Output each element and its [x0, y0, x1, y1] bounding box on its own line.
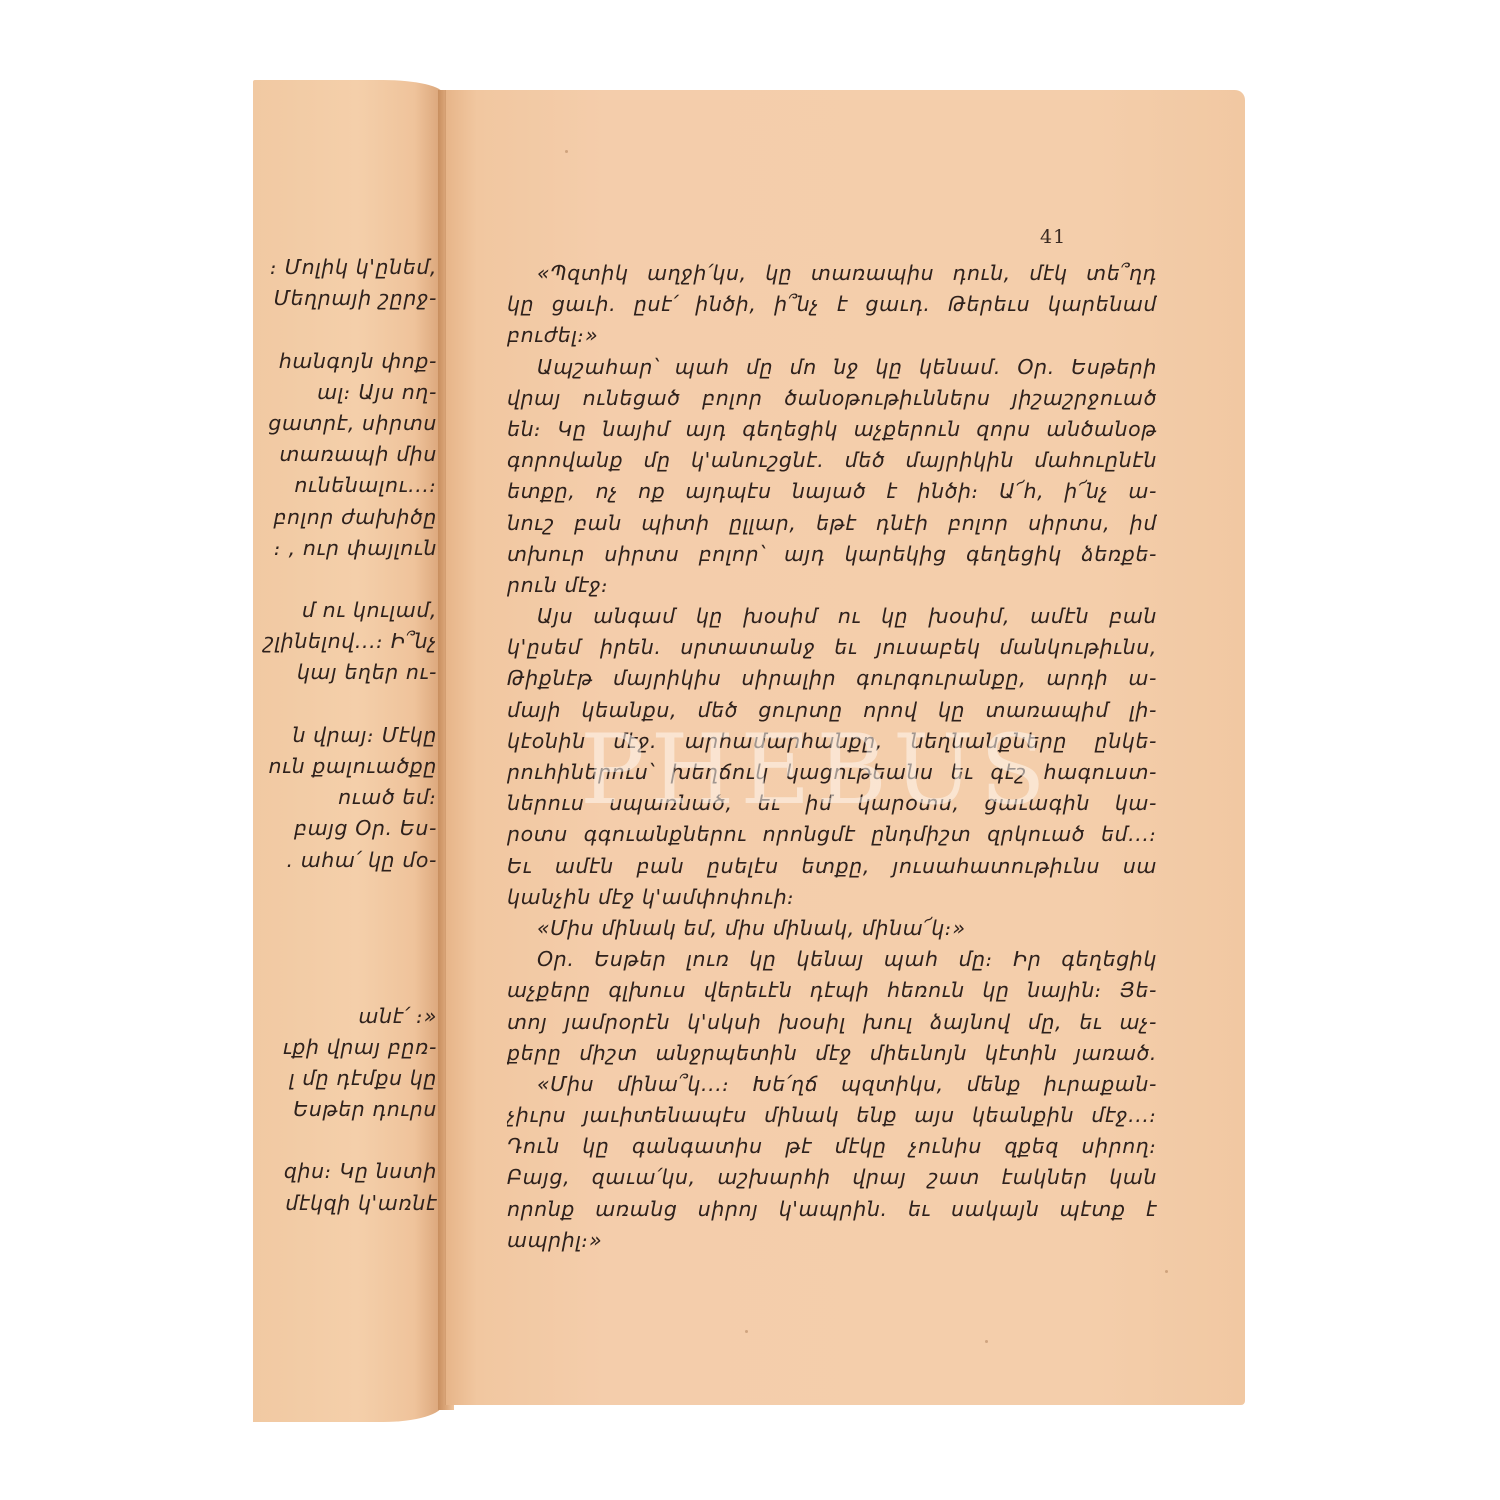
text-line: կ'ըսեմ իրեն. սրտատանջ եւ յուսաբեկ մանկու…: [507, 632, 1157, 663]
text-line: մ ու կուլամ,: [253, 595, 437, 626]
text-line: մայի կեանքս, մեծ ցուրտը որով կը տառապիմ …: [507, 695, 1157, 726]
blank-line: [253, 314, 437, 345]
text-line: լ մը դէմքս կը: [253, 1063, 437, 1094]
text-line: ։ , ուր փայլուն: [253, 533, 437, 564]
text-line: . ահա՛ կը մօ-: [253, 845, 437, 876]
text-line: ։ Մոլիկ կ'ընեմ,: [253, 252, 437, 283]
text-line: վրայ ունեցած բոլոր ծանօթութիւններս յիշաշ…: [507, 383, 1157, 414]
blank-line: [253, 969, 437, 1000]
text-line: կէօնին մէջ. արհամարհանքը, նեղնանքները ըն…: [507, 726, 1157, 757]
blank-line: [253, 1125, 437, 1156]
text-line: ապրիլ։»: [507, 1225, 1157, 1256]
blank-line: [253, 689, 437, 720]
text-line: Թիքնէթ մայրիկիս սիրալիր գուրգուրանքը, ար…: [507, 663, 1157, 694]
blank-line: [253, 876, 437, 907]
text-line: չիւրս յաւիտենապէս մինակ ենք այս կեանքին …: [507, 1100, 1157, 1131]
text-line: ունենալու...։: [253, 470, 437, 501]
text-line: անէ՛ ։»: [253, 1001, 437, 1032]
text-line: րուհիներուս՝ խեղճուկ կացութեանս եւ գէշ հ…: [507, 757, 1157, 788]
text-line: բոլոր ժախիծը: [253, 502, 437, 533]
text-line: Բայց, զաւա՛կս, աշխարհի վրայ շատ էակներ կ…: [507, 1162, 1157, 1193]
text-line: ցատրէ, սիրտս: [253, 408, 437, 439]
right-page-text: «Պզտիկ աղջի՛կս, կը տառապիս դուն, մէկ տե՞…: [507, 258, 1157, 1256]
text-line: կանչին մէջ կ'ամփոփուի։: [507, 882, 1157, 913]
text-line: ներուս սպառնած, եւ իմ կարօտս, ցաւագին կա…: [507, 788, 1157, 819]
text-line: գորովանք մը կ'անուշցնէ. մեծ մայրիկին մահ…: [507, 445, 1157, 476]
paragraph-start-line: «Միս մինա՞կ...։ Խե՛ղճ պզտիկս, մենք իւրաք…: [507, 1069, 1157, 1100]
paper-speck: [565, 150, 568, 153]
text-line: տառապի միս: [253, 439, 437, 470]
page-number: 41: [1040, 226, 1066, 248]
text-line: Դուն կը գանգատիս թէ մէկը չունիս զքեզ սիր…: [507, 1131, 1157, 1162]
text-line: Եւ ամէն բան ըսելէս ետքը, յուսահատութիւնս…: [507, 851, 1157, 882]
paper-speck: [985, 1340, 988, 1343]
paper-speck: [745, 1330, 748, 1333]
text-line: որոնք առանց սիրոյ կ'ապրին. եւ սակայն պէտ…: [507, 1194, 1157, 1225]
text-line: ետքը, ոչ ոք այդպէս նայած է ինծի։ Ա՜հ, ի՜…: [507, 476, 1157, 507]
paragraph-start-line: Օր. Եսթեր լուռ կը կենայ պահ մը։ Իր գեղեց…: [507, 944, 1157, 975]
blank-line: [253, 907, 437, 938]
text-line: աչքերը գլխուս վերեւէն դէպի հեռուն կը նայ…: [507, 975, 1157, 1006]
text-line: կայ եղեր ու-: [253, 657, 437, 688]
text-line: են։ Կը նայիմ այդ գեղեցիկ աչքերուն զորս ա…: [507, 414, 1157, 445]
text-line: ալ։ Այս ող-: [253, 377, 437, 408]
text-line: բայց Օր. Ես-: [253, 813, 437, 844]
paragraph-start-line: Այս անգամ կը խօսիմ ու կը խօսիմ, ամէն բան: [507, 601, 1157, 632]
text-line: ուն քալուածքը: [253, 751, 437, 782]
text-line: կը ցաւի. ըսէ՛ ինծի, ի՞նչ է ցաւդ. Թերեւս …: [507, 289, 1157, 320]
text-line: նուշ բան պիտի ըլլար, եթէ դնէի բոլոր սիրտ…: [507, 508, 1157, 539]
text-line: տոյ յամրօրէն կ'սկսի խօսիլ խուլ ձայնով մը…: [507, 1007, 1157, 1038]
paragraph-start-line: «Միս մինակ եմ, միս մինակ, մինա՜կ։»: [507, 913, 1157, 944]
text-line: ուած եմ։: [253, 782, 437, 813]
text-line: քերը միշտ անջրպետին մէջ միեւնոյն կէտին յ…: [507, 1038, 1157, 1069]
paragraph-start-line: «Պզտիկ աղջի՛կս, կը տառապիս դուն, մէկ տե՞…: [507, 258, 1157, 289]
left-page-text: ։ Մոլիկ կ'ընեմ,Մեղրայի շըրջ-հանգոյն փոք-…: [253, 252, 437, 1219]
blank-line: [253, 564, 437, 595]
right-page: 41 «Պզտիկ աղջի՛կս, կը տառապիս դուն, մէկ …: [445, 90, 1245, 1405]
text-line: տխուր սիրտս բոլոր՝ այդ կարեկից գեղեցիկ ձ…: [507, 539, 1157, 570]
blank-line: [253, 938, 437, 969]
open-book: ։ Մոլիկ կ'ընեմ,Մեղրայի շըրջ-հանգոյն փոք-…: [0, 0, 1500, 1500]
text-line: ւքի վրայ բըռ-: [253, 1032, 437, 1063]
text-line: ն վրայ։ Մէկը: [253, 720, 437, 751]
text-line: զիս։ Կը նստի: [253, 1156, 437, 1187]
text-line: րուն մէջ։: [507, 570, 1157, 601]
text-line: մէկզի կ'առնէ: [253, 1188, 437, 1219]
text-line: Եսթեր դուրս: [253, 1094, 437, 1125]
text-line: Մեղրայի շըրջ-: [253, 283, 437, 314]
paragraph-start-line: Ապշահար՝ պահ մը մո նջ կը կենամ. Օր. Եսթե…: [507, 352, 1157, 383]
text-line: հանգոյն փոք-: [253, 346, 437, 377]
text-line: րօտս գգուանքներու որոնցմէ ընդմիշտ զրկուա…: [507, 819, 1157, 850]
text-line: շլինելով...։ Ի՞նչ: [253, 626, 437, 657]
paper-speck: [1165, 1270, 1168, 1273]
text-line: բուժել։»: [507, 320, 1157, 351]
left-page: ։ Մոլիկ կ'ընեմ,Մեղրայի շըրջ-հանգոյն փոք-…: [253, 80, 443, 1422]
